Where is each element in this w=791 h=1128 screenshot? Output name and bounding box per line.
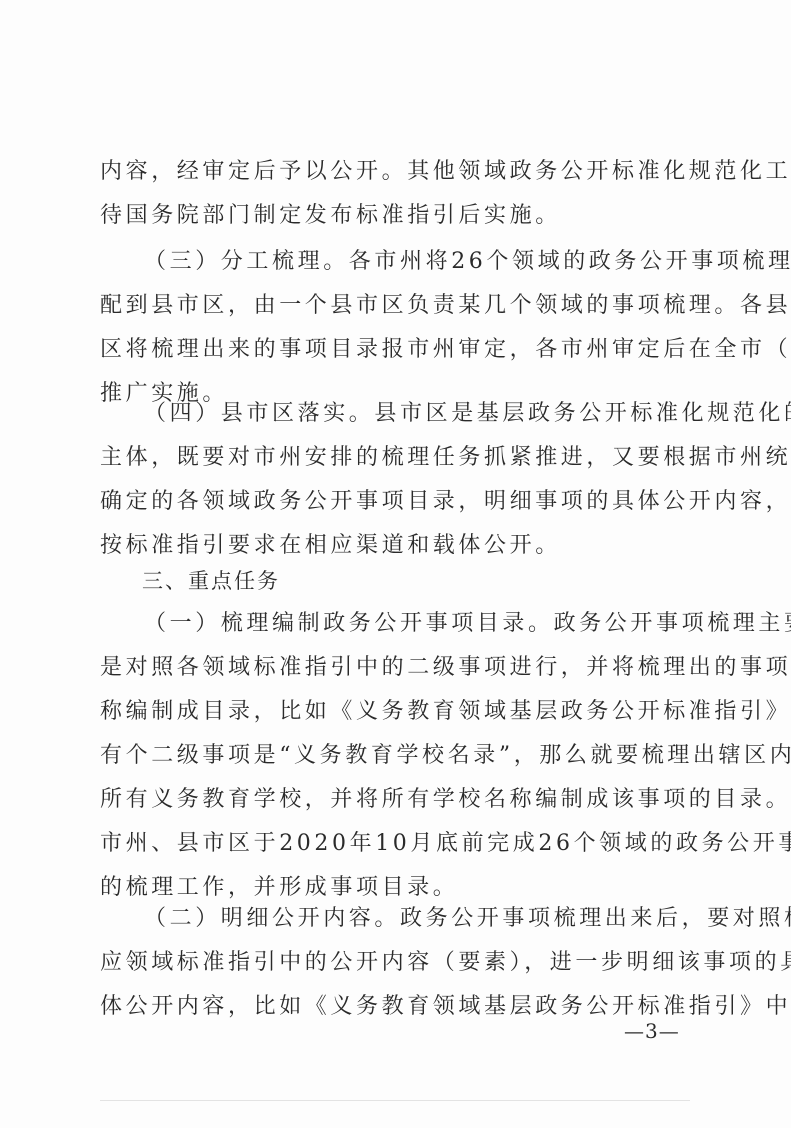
paragraph-compile-catalog: （一）梳理编制政务公开事项目录。政务公开事项梳理主要 是对照各领域标准指引中的二… bbox=[100, 602, 690, 910]
paragraph-detail-content: （二）明细公开内容。政务公开事项梳理出来后，要对照相 应领域标准指引中的公开内容… bbox=[100, 897, 690, 1029]
text-line: （二）明细公开内容。政务公开事项梳理出来后，要对照相 bbox=[100, 897, 690, 941]
text-line: 应领域标准指引中的公开内容（要素），进一步明细该事项的具 bbox=[100, 941, 690, 985]
text-line: 配到县市区，由一个县市区负责某几个领域的事项梳理。各县市 bbox=[100, 284, 690, 328]
text-line: （三）分工梳理。各市州将26个领域的政务公开事项梳理分 bbox=[100, 240, 690, 284]
text-line: 是对照各领域标准指引中的二级事项进行，并将梳理出的事项名 bbox=[100, 646, 690, 690]
text-line: 体公开内容，比如《义务教育领域基层政务公开标准指引》中的 bbox=[100, 985, 690, 1029]
paragraph-continuation: 内容，经审定后予以公开。其他领域政务公开标准化规范化工作 待国务院部门制定发布标… bbox=[100, 150, 690, 238]
text-line: 称编制成目录，比如《义务教育领域基层政务公开标准指引》中 bbox=[100, 690, 690, 734]
text-line: 确定的各领域政务公开事项目录，明细事项的具体公开内容，并 bbox=[100, 480, 690, 524]
paragraph-county-implementation: （四）县市区落实。县市区是基层政务公开标准化规范化的 主体，既要对市州安排的梳理… bbox=[100, 392, 690, 568]
document-page: 内容，经审定后予以公开。其他领域政务公开标准化规范化工作 待国务院部门制定发布标… bbox=[0, 0, 791, 1128]
text-line: （四）县市区落实。县市区是基层政务公开标准化规范化的 bbox=[100, 392, 690, 436]
text-line: 待国务院部门制定发布标准指引后实施。 bbox=[100, 194, 690, 238]
text-line: 按标准指引要求在相应渠道和载体公开。 bbox=[100, 524, 690, 568]
section-heading: 三、重点任务 bbox=[142, 565, 280, 595]
text-line: 内容，经审定后予以公开。其他领域政务公开标准化规范化工作 bbox=[100, 150, 690, 194]
paragraph-division-of-work: （三）分工梳理。各市州将26个领域的政务公开事项梳理分 配到县市区，由一个县市区… bbox=[100, 240, 690, 416]
text-line: 所有义务教育学校，并将所有学校名称编制成该事项的目录。各 bbox=[100, 778, 690, 822]
text-line: 市州、县市区于2020年10月底前完成26个领域的政务公开事项 bbox=[100, 822, 690, 866]
text-line: 有个二级事项是“义务教育学校名录”，那么就要梳理出辖区内 bbox=[100, 734, 690, 778]
text-line: 主体，既要对市州安排的梳理任务抓紧推进，又要根据市州统一 bbox=[100, 436, 690, 480]
page-number: —3— bbox=[624, 1019, 680, 1043]
text-line: 区将梳理出来的事项目录报市州审定，各市州审定后在全市（州） bbox=[100, 328, 690, 372]
text-line: （一）梳理编制政务公开事项目录。政务公开事项梳理主要 bbox=[100, 602, 690, 646]
scan-edge-line bbox=[100, 1100, 690, 1101]
